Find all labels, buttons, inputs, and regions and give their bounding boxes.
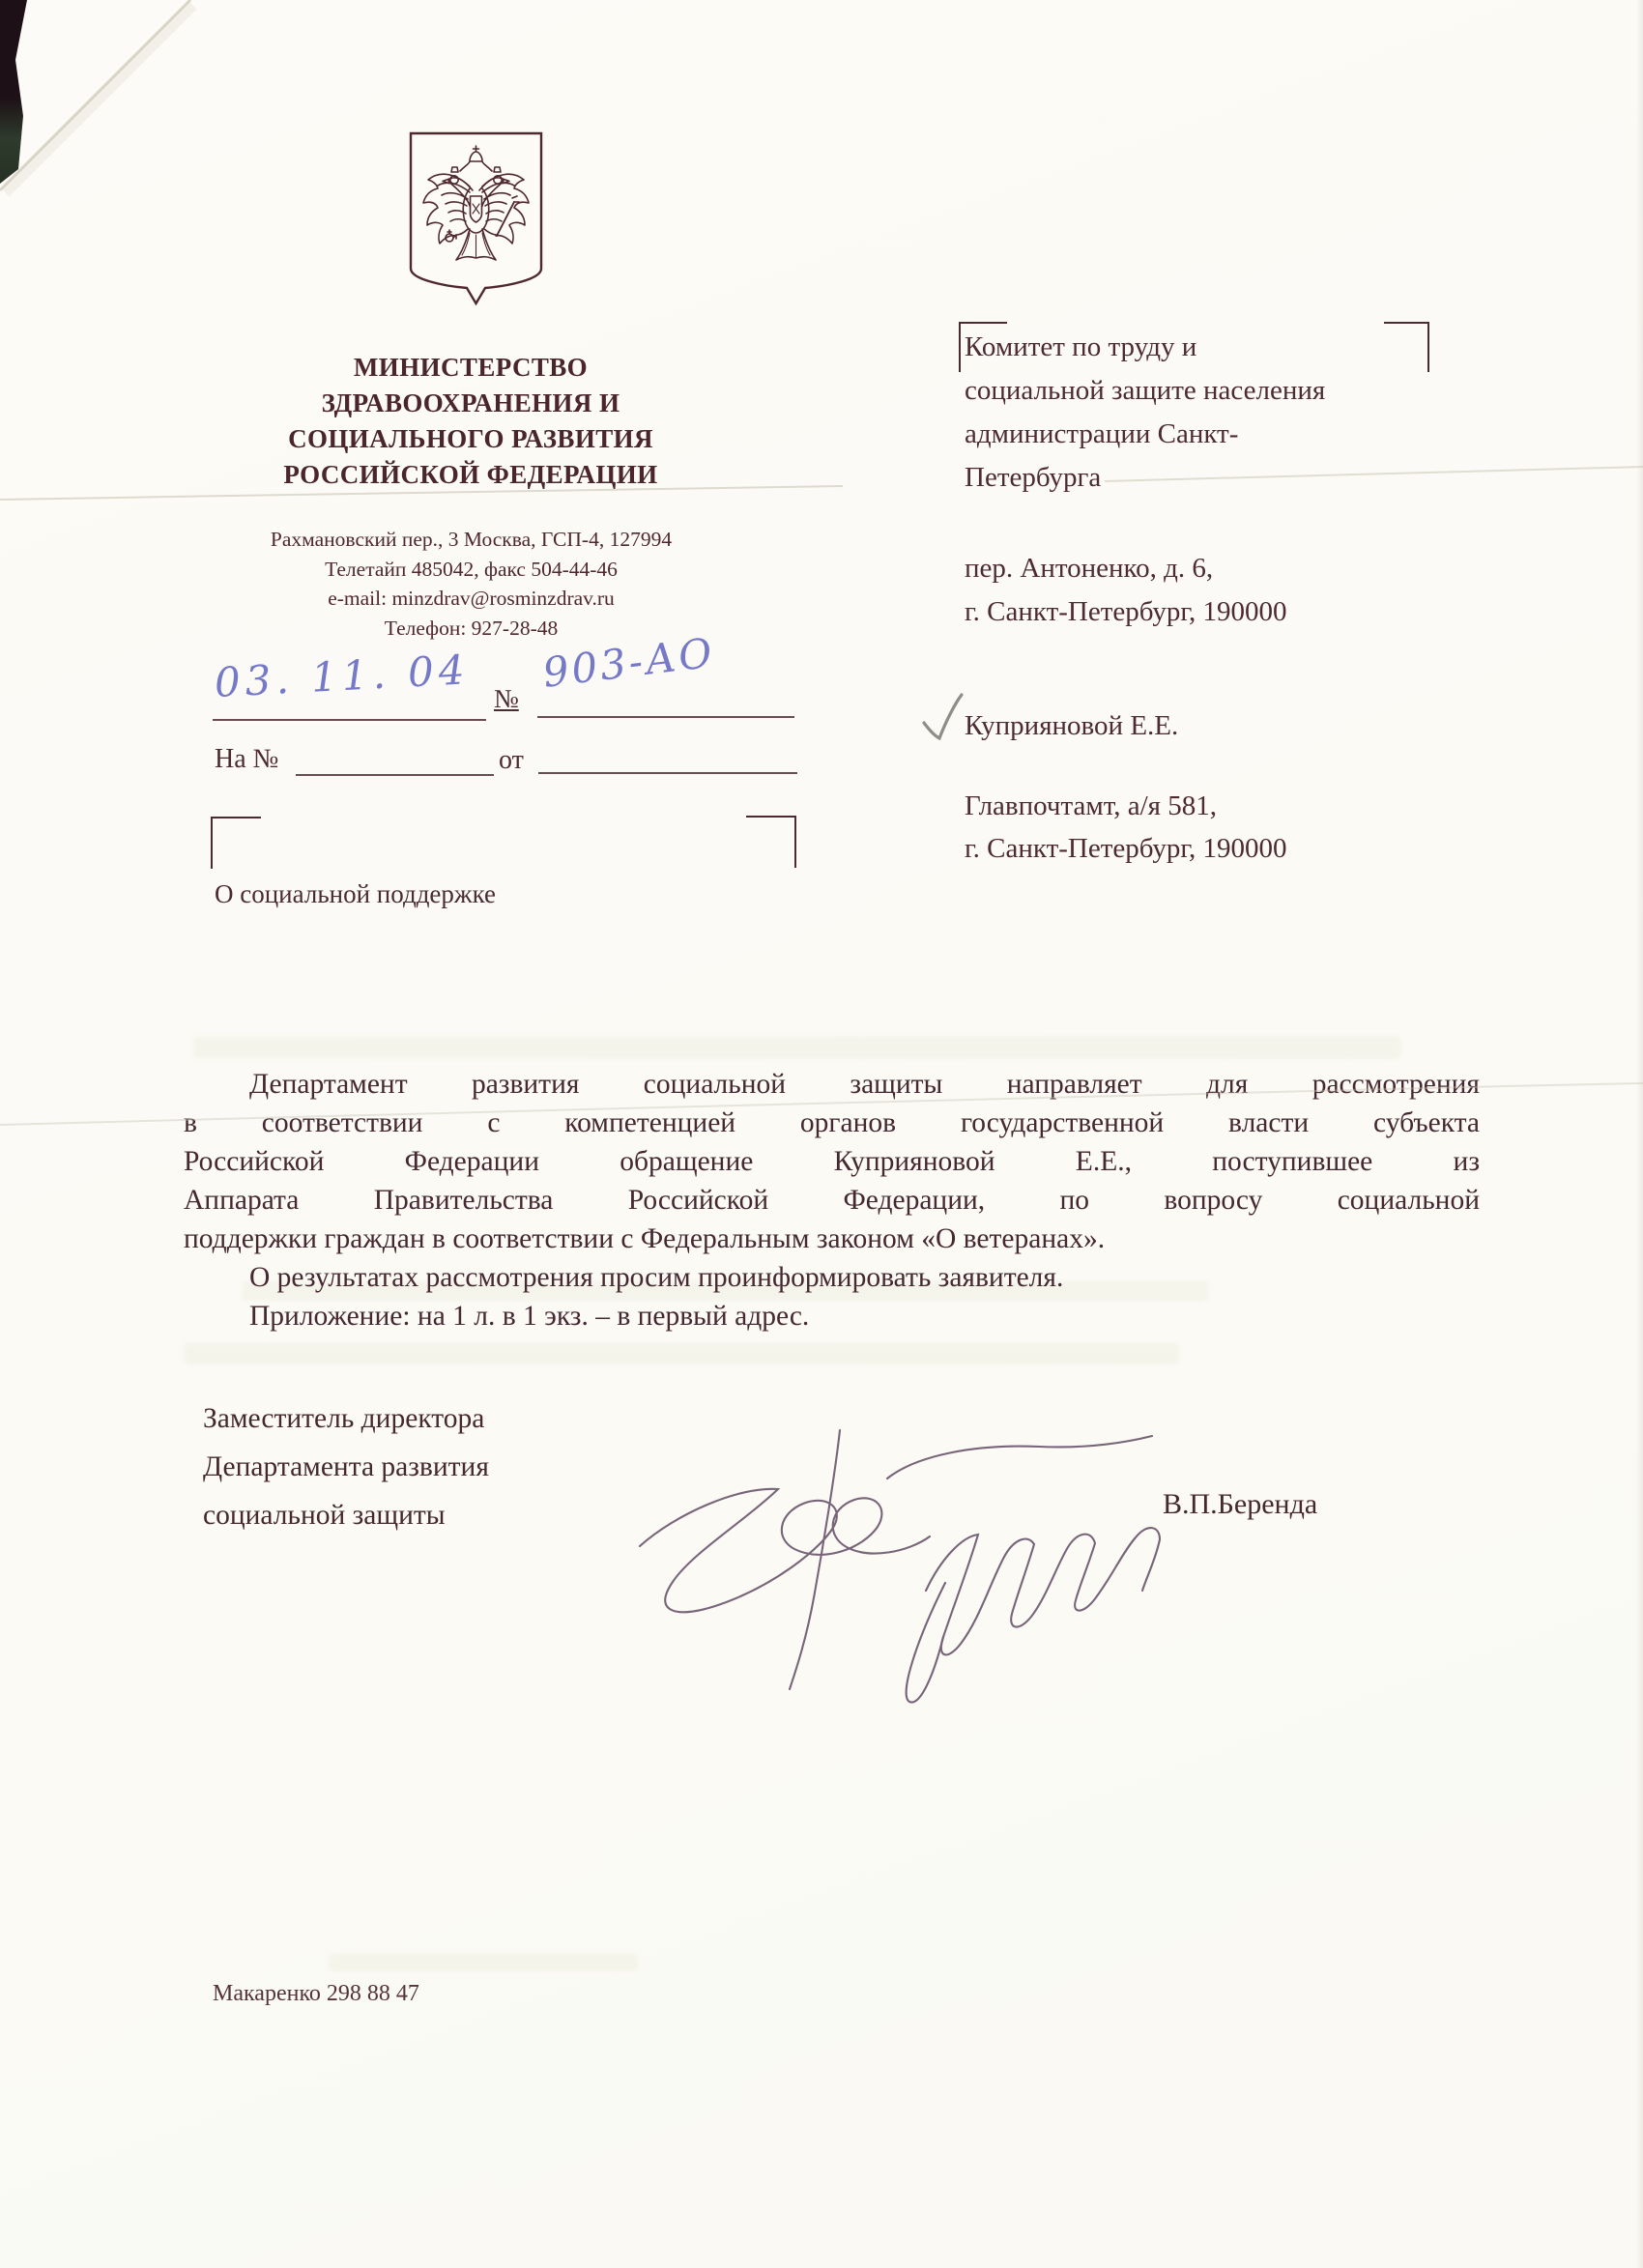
signer-title-line: Департамента развития — [203, 1443, 489, 1491]
body-line: поддержки граждан в соответствии с Федер… — [184, 1220, 1480, 1258]
ministry-name: МИНИСТЕРСТВО ЗДРАВООХРАНЕНИЯ И СОЦИАЛЬНО… — [263, 350, 678, 493]
scanned-letter-page: МИНИСТЕРСТВО ЗДРАВООХРАНЕНИЯ И СОЦИАЛЬНО… — [0, 0, 1643, 2268]
contact-line-teletype-fax: Телетайп 485042, факс 504-44-46 — [227, 555, 715, 585]
in-reply-from-label: от — [499, 745, 524, 776]
handwritten-date: 03. 11. 04 — [214, 646, 471, 706]
date-underline — [213, 719, 486, 721]
recipient-person-address-line: г. Санкт-Петербург, 190000 — [965, 827, 1448, 870]
scanner-edge-shadow — [0, 0, 39, 193]
recipient-organization-address: пер. Антоненко, д. 6, г. Санкт-Петербург… — [965, 547, 1448, 634]
recipient-org-line: Петербурга — [965, 456, 1448, 500]
bleed-through-artifact — [193, 1036, 1401, 1059]
recipient-person-name: Куприяновой Е.Е. — [965, 704, 1178, 748]
body-line-attachment: Приложение: на 1 л. в 1 экз. – в первый … — [184, 1297, 1480, 1335]
signer-title: Заместитель директора Департамента разви… — [203, 1394, 489, 1539]
executor-contact: Макаренко 298 88 47 — [213, 1981, 419, 2007]
number-sign-label: № — [494, 684, 519, 714]
double-headed-eagle-icon — [406, 129, 546, 307]
in-reply-date-underline — [538, 772, 797, 774]
signer-name: В.П.Беренда — [1163, 1488, 1317, 1521]
signature-scribble — [640, 1430, 1160, 1703]
bleed-through-artifact — [184, 1343, 1179, 1364]
subject-line: О социальной поддержке — [215, 879, 496, 909]
recipient-org-address-line: г. Санкт-Петербург, 190000 — [965, 590, 1448, 634]
signer-title-line: социальной защиты — [203, 1491, 489, 1539]
in-reply-to-label: На № — [215, 744, 278, 775]
body-line-result-request: О результатах рассмотрения просим проинф… — [184, 1258, 1480, 1297]
subject-corner-mark-left — [211, 817, 261, 869]
body-line: Департамент развития социальной защиты н… — [184, 1065, 1480, 1104]
recipient-person-address: Главпочтамт, а/я 581, г. Санкт-Петербург… — [965, 785, 1448, 870]
letter-body: Департамент развития социальной защиты н… — [184, 1065, 1480, 1335]
in-reply-number-underline — [296, 774, 494, 776]
contact-line-email: e-mail: minzdrav@rosminzdrav.ru — [227, 584, 715, 614]
coat-of-arms-emblem — [406, 129, 546, 307]
ministry-name-line: МИНИСТЕРСТВО — [263, 350, 678, 386]
checkmark-icon — [924, 695, 962, 738]
subject-corner-mark-right — [746, 816, 796, 868]
recipient-org-line: администрации Санкт- — [965, 413, 1448, 456]
recipient-org-address-line: пер. Антоненко, д. 6, — [965, 547, 1448, 590]
ministry-name-line: РОССИЙСКОЙ ФЕДЕРАЦИИ — [263, 457, 678, 493]
ministry-name-line: ЗДРАВООХРАНЕНИЯ И — [263, 386, 678, 421]
ministry-contact-block: Рахмановский пер., 3 Москва, ГСП-4, 1279… — [227, 525, 715, 643]
corner-fold-shadow — [6, 6, 193, 193]
contact-line-address: Рахмановский пер., 3 Москва, ГСП-4, 1279… — [227, 525, 715, 555]
signer-title-line: Заместитель директора — [203, 1394, 489, 1443]
recipient-org-line: Комитет по труду и — [965, 326, 1448, 369]
recipient-organization: Комитет по труду и социальной защите нас… — [965, 326, 1448, 500]
recipient-person-address-line: Главпочтамт, а/я 581, — [965, 785, 1448, 827]
body-line: Российской Федерации обращение Куприянов… — [184, 1142, 1480, 1181]
corner-fold-line — [0, 0, 190, 190]
body-line: в соответствии с компетенцией органов го… — [184, 1104, 1480, 1142]
number-underline — [537, 716, 794, 718]
bleed-through-artifact — [329, 1954, 638, 1971]
ministry-name-line: СОЦИАЛЬНОГО РАЗВИТИЯ — [263, 421, 678, 457]
body-line: Аппарата Правительства Российской Федера… — [184, 1181, 1480, 1220]
paper-right-edge — [1636, 0, 1643, 2268]
recipient-org-line: социальной защите населения — [965, 369, 1448, 413]
